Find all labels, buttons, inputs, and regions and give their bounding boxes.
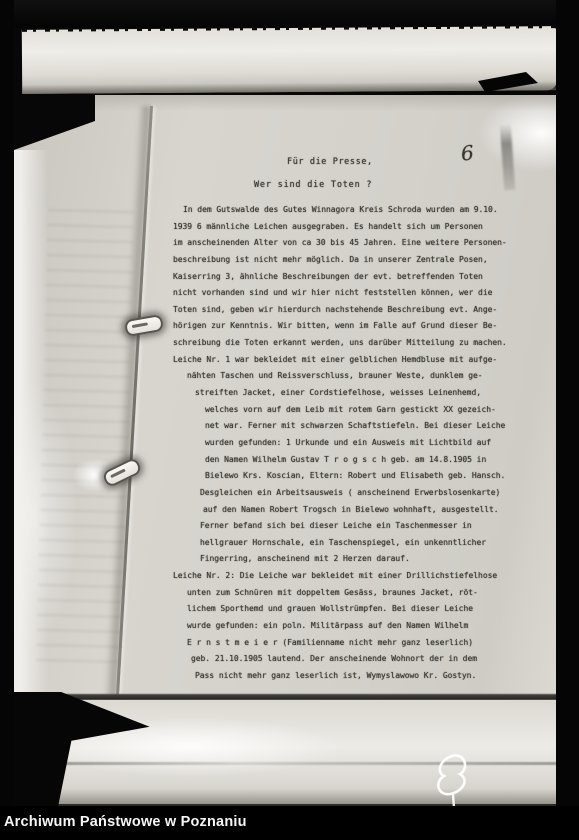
typed-line: welches vorn auf dem Leib mit rotem Garn…	[173, 402, 523, 419]
archive-caption-bar: Archiwum Państwowe w Poznaniu	[0, 806, 579, 840]
fastener-slot	[110, 468, 126, 478]
typed-line: nicht vorhanden sind und wir hier nicht …	[173, 285, 523, 302]
handwritten-page-number: 6	[460, 140, 475, 165]
typed-line: Ferner befand sich bei dieser Leiche ein…	[173, 518, 523, 535]
typed-line: Pass nicht mehr ganz leserlich ist, Wymy…	[173, 668, 523, 685]
typed-line: wurde gefunden: ein poln. Militärpass au…	[173, 618, 523, 635]
film-border-left	[0, 0, 14, 840]
typed-line: wurden gefunden: 1 Urkunde und ein Auswe…	[173, 435, 523, 452]
fastener-slot	[132, 322, 148, 328]
document-title: Wer sind die Toten ?	[254, 180, 372, 190]
typed-line: geb. 21.10.1905 lautend. Der anscheinend…	[173, 651, 523, 668]
typed-line: E r n s t m e i e r (Familienname nicht …	[173, 635, 523, 652]
paper-stack-edge-top	[22, 26, 557, 94]
typed-line: unten zum Schnüren mit doppeltem Gesäss,…	[173, 585, 523, 602]
typed-line: lichem Sporthemd und grauen Wollstrümpfe…	[173, 601, 523, 618]
typed-line: Leiche Nr. 2: Die Leiche war bekleidet m…	[173, 568, 523, 585]
archival-photo-frame: Für die Presse, 6 Wer sind die Toten ? I…	[0, 0, 579, 840]
typed-line: Desgleichen ein Arbeitsausweis ( anschei…	[173, 485, 523, 502]
typed-line: Fingerring, anscheinend mit 2 Herzen dar…	[173, 551, 523, 568]
typed-line: auf den Namen Robert Trogsch in Bielewo …	[173, 502, 523, 519]
document-kicker: Für die Presse,	[287, 157, 373, 167]
typed-line: nähten Taschen und Reissverschluss, brau…	[173, 368, 523, 385]
typed-line: Kaiserring 3, ähnliche Beschreibungen de…	[173, 269, 523, 286]
typed-line: hellgrauer Hornschale, ein Taschenspiege…	[173, 535, 523, 552]
typed-line: im anscheinenden Alter von ca 30 bis 45 …	[173, 235, 523, 252]
typed-line: 1939 6 männliche Leichen ausgegraben. Es…	[173, 219, 523, 236]
typed-line: Leiche Nr. 1 war bekleidet mit einer gel…	[173, 352, 523, 369]
typed-body: In dem Gutswalde des Gutes Winnagora Kre…	[173, 202, 523, 685]
typed-line: schreibung die Toten erkannt werden, uns…	[173, 335, 523, 352]
typed-line: hörigen zur Kenntnis. Wir bitten, wenn i…	[173, 318, 523, 335]
typed-line: In dem Gutswalde des Gutes Winnagora Kre…	[173, 202, 523, 219]
typed-line: Bielewo Krs. Koscian, Eltern: Robert und…	[173, 468, 523, 485]
film-scratch-mark	[428, 748, 492, 812]
typed-line: streiften Jacket, einer Cordstiefelhose,…	[173, 385, 523, 402]
typed-line: Toten sind, geben wir hierdurch nachsteh…	[173, 302, 523, 319]
typed-line: net war. Ferner mit schwarzen Schaftstie…	[173, 418, 523, 435]
page-top-edge-shadow	[95, 95, 557, 111]
typed-line: beschreibung ist nicht mehr möglich. Da …	[173, 252, 523, 269]
typed-line: den Namen Wilhelm Gustav T r o g s c h g…	[173, 452, 523, 469]
film-border-right	[556, 0, 579, 840]
archive-name-label: Archiwum Państwowe w Poznaniu	[4, 814, 247, 830]
